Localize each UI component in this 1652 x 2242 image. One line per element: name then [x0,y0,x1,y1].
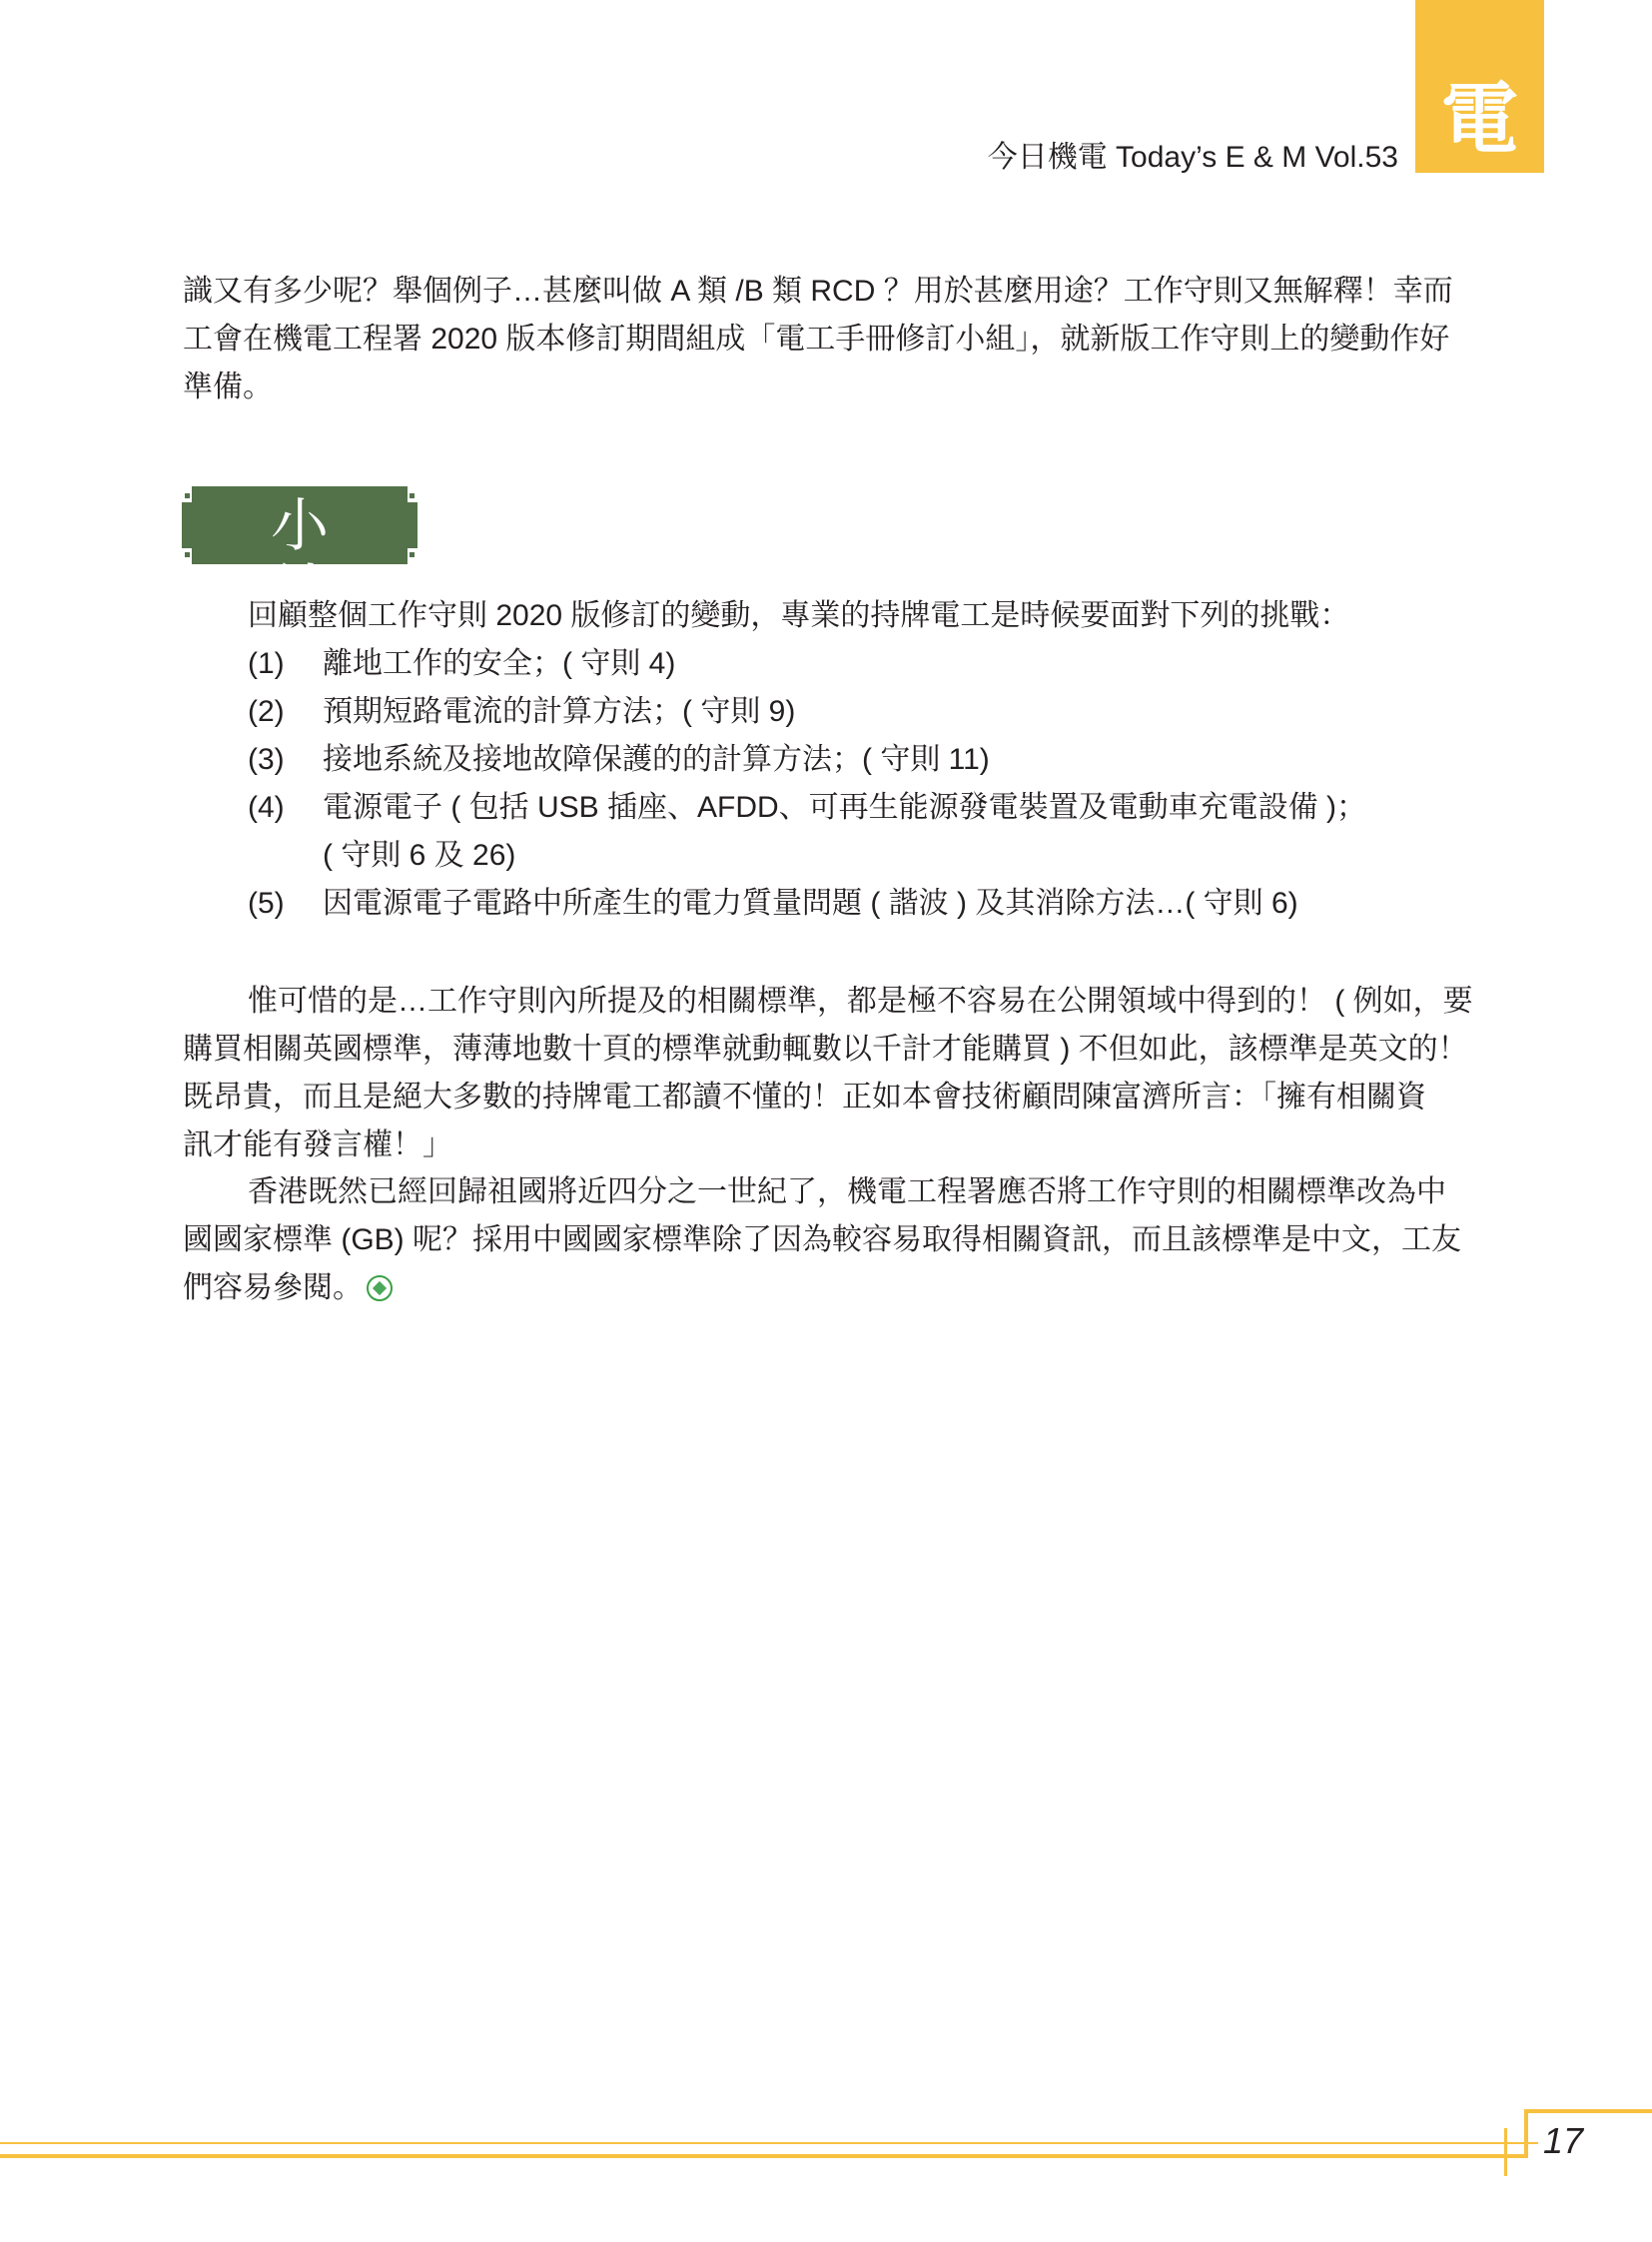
footer-rule-thick [0,2154,1528,2158]
page-number: 17 [1543,2121,1583,2161]
paragraph-2: 惟可惜的是…工作守則內所提及的相關標準，都是極不容易在公開領域中得到的！ ( 例… [183,978,1493,1169]
list-item-continuation: ( 守則 6 及 26) [248,832,1506,880]
challenge-list: (1) 離地工作的安全；( 守則 4) (2) 預期短路電流的計算方法；( 守則… [248,640,1506,928]
footer-ornament [1524,2109,1528,2158]
paragraph-line: 們容易參閱。 [183,1264,1493,1312]
section-intro: 回顧整個工作守則 2020 版修訂的變動，專業的持牌電工是時候要面對下列的挑戰： [248,592,1349,640]
paragraph-line: 國國家標準 (GB) 呢？採用中國國家標準除了因為較容易取得相關資訊，而且該標準… [183,1216,1493,1264]
list-text: 接地系統及接地故障保護的的計算方法；( 守則 11) [323,736,1506,784]
list-number: (1) [248,640,323,688]
list-text: 電源電子 ( 包括 USB 插座、AFDD、可再生能源發電裝置及電動車充電設備 … [323,784,1506,832]
list-number: (2) [248,688,323,736]
paragraph-line: 識又有多少呢？舉個例子…甚麼叫做 A 類 /B 類 RCD ？用於甚麼用途？工作… [183,268,1493,316]
list-number: (3) [248,736,323,784]
section-heading: 小結 [182,486,417,564]
list-text: 離地工作的安全；( 守則 4) [323,640,1506,688]
paragraph-line: 惟可惜的是…工作守則內所提及的相關標準，都是極不容易在公開領域中得到的！ ( 例… [183,978,1493,1026]
paragraph-line-text: 們容易參閱。 [183,1271,363,1304]
list-item: (3) 接地系統及接地故障保護的的計算方法；( 守則 11) [248,736,1506,784]
running-head: 今日機電 Today’s E & M Vol.53 [988,140,1398,176]
list-text: 因電源電子電路中所產生的電力質量問題 ( 諧波 ) 及其消除方法…( 守則 6) [323,880,1506,928]
paragraph-line: 香港既然已經回歸祖國將近四分之一世紀了，機電工程署應否將工作守則的相關標準改為中 [183,1168,1493,1216]
paragraph-line: 訊才能有發言權！」 [183,1121,1493,1169]
list-text: ( 守則 6 及 26) [323,832,1506,880]
paragraph-3: 香港既然已經回歸祖國將近四分之一世紀了，機電工程署應否將工作守則的相關標準改為中… [183,1168,1493,1312]
footer-ornament [1524,2109,1652,2113]
list-item: (1) 離地工作的安全；( 守則 4) [248,640,1506,688]
list-number-blank [248,832,323,880]
list-item: (4) 電源電子 ( 包括 USB 插座、AFDD、可再生能源發電裝置及電動車充… [248,784,1506,832]
section-tab-glyph: 電 [1415,81,1544,159]
paragraph-line: 購買相關英國標準，薄薄地數十頁的標準就動輒數以千計才能購買 ) 不但如此，該標準… [183,1026,1493,1074]
paragraph-line: 準備。 [183,364,1493,411]
paragraph-line: 工會在機電工程署 2020 版本修訂期間組成「電工手冊修訂小組」，就新版工作守則… [183,316,1493,364]
footer-rule-thin [0,2142,1538,2144]
union-logo-icon [367,1275,393,1301]
paragraph-line: 既昂貴，而且是絕大多數的持牌電工都讀不懂的！正如本會技術顧問陳富濟所言：「擁有相… [183,1074,1493,1121]
list-item: (5) 因電源電子電路中所產生的電力質量問題 ( 諧波 ) 及其消除方法…( 守… [248,880,1506,928]
list-number: (4) [248,784,323,832]
list-number: (5) [248,880,323,928]
section-tab: 電 [1415,0,1544,173]
list-item: (2) 預期短路電流的計算方法；( 守則 9) [248,688,1506,736]
footer-ornament [1504,2128,1507,2176]
paragraph-continued: 識又有多少呢？舉個例子…甚麼叫做 A 類 /B 類 RCD ？用於甚麼用途？工作… [183,268,1493,411]
list-text: 預期短路電流的計算方法；( 守則 9) [323,688,1506,736]
